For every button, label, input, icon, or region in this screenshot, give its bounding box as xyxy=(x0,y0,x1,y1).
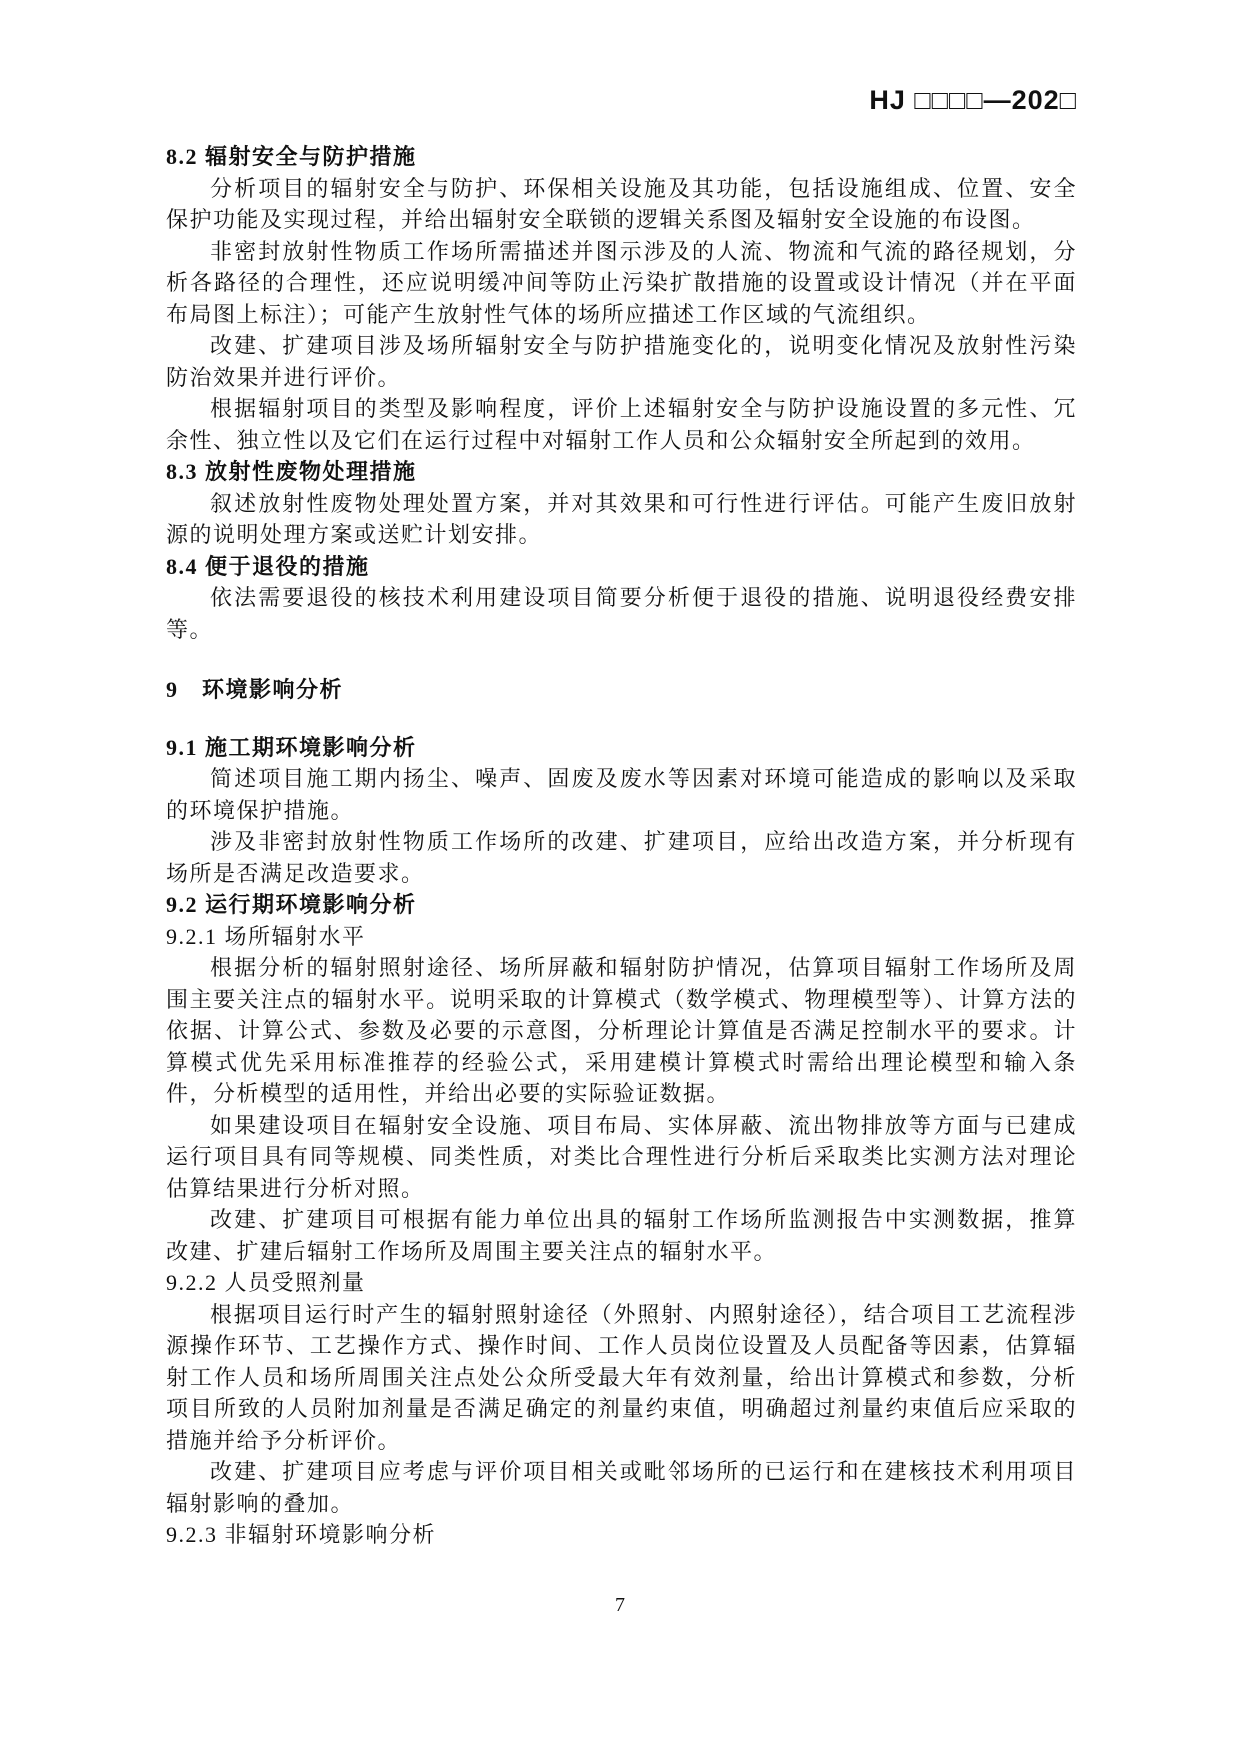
section-heading-9-2: 9.2 运行期环境影响分析 xyxy=(166,889,1077,921)
paragraph: 简述项目施工期内扬尘、噪声、固废及废水等因素对环境可能造成的影响以及采取的环境保… xyxy=(166,763,1077,826)
paragraph: 依法需要退役的核技术利用建设项目简要分析便于退役的措施、说明退役经费安排等。 xyxy=(166,582,1077,645)
paragraph: 根据项目运行时产生的辐射照射途径（外照射、内照射途径），结合项目工艺流程涉源操作… xyxy=(166,1299,1077,1457)
paragraph: 如果建设项目在辐射安全设施、项目布局、实体屏蔽、流出物排放等方面与已建成运行项目… xyxy=(166,1110,1077,1205)
paragraph: 分析项目的辐射安全与防护、环保相关设施及其功能，包括设施组成、位置、安全保护功能… xyxy=(166,173,1077,236)
subsection-heading-9-2-1: 9.2.1 场所辐射水平 xyxy=(166,921,1077,953)
section-heading-8-3: 8.3 放射性废物处理措施 xyxy=(166,456,1077,488)
paragraph: 根据辐射项目的类型及影响程度，评价上述辐射安全与防护设施设置的多元性、冗余性、独… xyxy=(166,393,1077,456)
subsection-heading-9-2-2: 9.2.2 人员受照剂量 xyxy=(166,1267,1077,1299)
paragraph: 改建、扩建项目可根据有能力单位出具的辐射工作场所监测报告中实测数据，推算改建、扩… xyxy=(166,1204,1077,1267)
paragraph: 涉及非密封放射性物质工作场所的改建、扩建项目，应给出改造方案，并分析现有场所是否… xyxy=(166,826,1077,889)
paragraph: 改建、扩建项目涉及场所辐射安全与防护措施变化的，说明变化情况及放射性污染防治效果… xyxy=(166,330,1077,393)
document-body: 8.2 辐射安全与防护措施 分析项目的辐射安全与防护、环保相关设施及其功能，包括… xyxy=(166,141,1077,1551)
document-page: HJ □□□□—202□ 8.2 辐射安全与防护措施 分析项目的辐射安全与防护、… xyxy=(0,0,1240,1754)
section-heading-8-4: 8.4 便于退役的措施 xyxy=(166,551,1077,583)
paragraph: 叙述放射性废物处理处置方案，并对其效果和可行性进行评估。可能产生废旧放射源的说明… xyxy=(166,488,1077,551)
page-number: 7 xyxy=(0,1592,1240,1618)
doc-number-header: HJ □□□□—202□ xyxy=(166,85,1077,115)
chapter-heading-9: 9 环境影响分析 xyxy=(166,674,1077,706)
section-heading-8-2: 8.2 辐射安全与防护措施 xyxy=(166,141,1077,173)
subsection-heading-9-2-3: 9.2.3 非辐射环境影响分析 xyxy=(166,1519,1077,1551)
section-heading-9-1: 9.1 施工期环境影响分析 xyxy=(166,732,1077,764)
paragraph: 改建、扩建项目应考虑与评价项目相关或毗邻场所的已运行和在建核技术利用项目辐射影响… xyxy=(166,1456,1077,1519)
paragraph: 非密封放射性物质工作场所需描述并图示涉及的人流、物流和气流的路径规划，分析各路径… xyxy=(166,236,1077,331)
paragraph: 根据分析的辐射照射途径、场所屏蔽和辐射防护情况，估算项目辐射工作场所及周围主要关… xyxy=(166,952,1077,1110)
